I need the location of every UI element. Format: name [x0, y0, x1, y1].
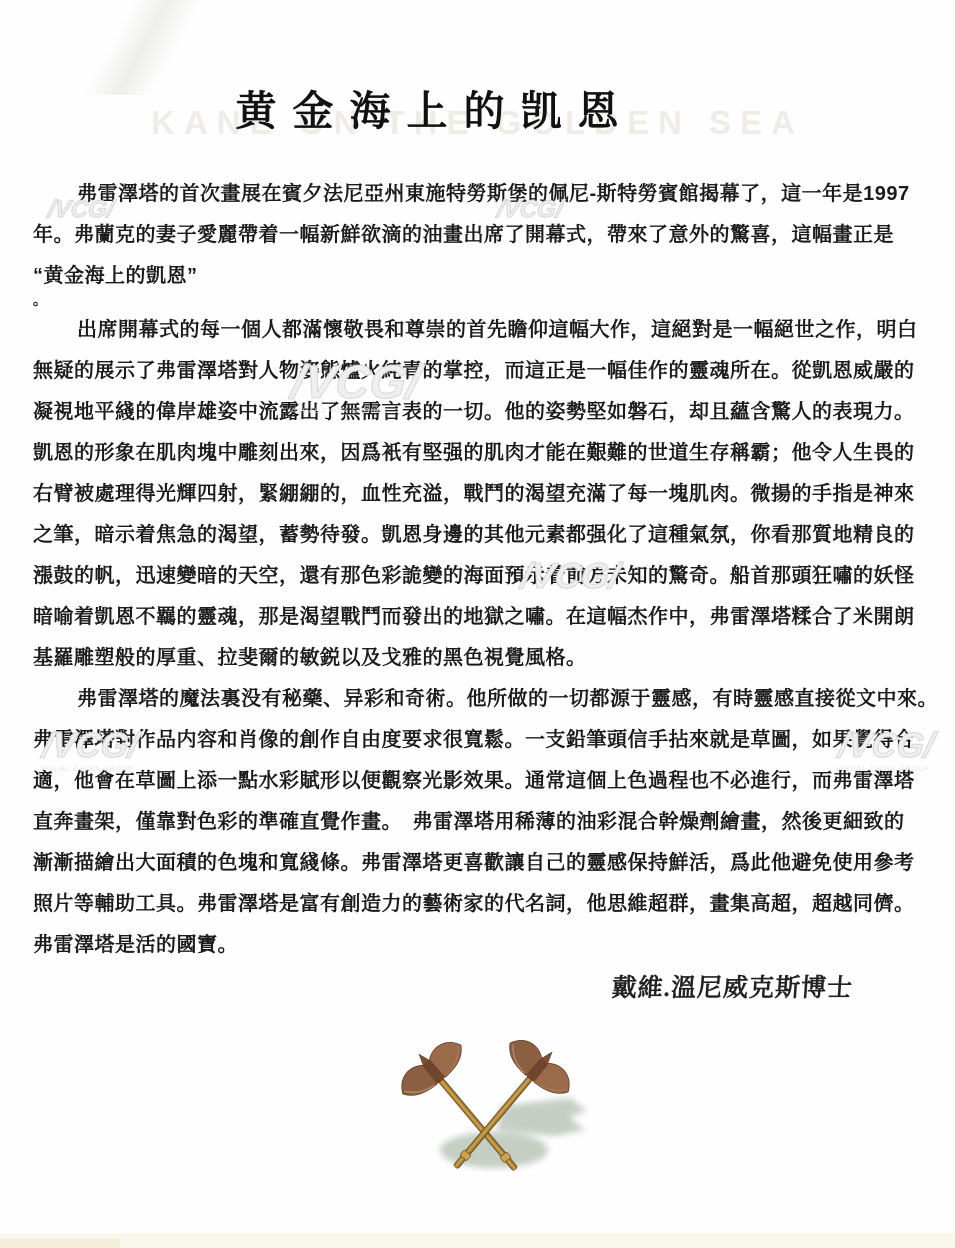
- body-text-line: 直奔畫架，僅靠對色彩的準確直覺作畫。 弗雷澤塔用稀薄的油彩混合幹燥劑繪畫，然後更…: [33, 802, 928, 843]
- body-text-line: 之筆，暗示着焦急的渴望，蓄勢待發。凱恩身邊的其他元素都强化了這種氣氛，你看那質地…: [33, 515, 928, 556]
- body-text-line: 弗雷澤塔對作品内容和肖像的創作自由度要求很寬鬆。一支鉛筆頭信手拈來就是草圖，如果…: [33, 720, 928, 761]
- body-text-line: 弗雷澤塔的魔法裏没有秘藥、异彩和奇術。他所做的一切都源于靈感，有時靈感直接從文中…: [33, 679, 928, 720]
- wrapped-period-line: 。: [33, 297, 928, 310]
- article-body: 弗雷澤塔的首次畫展在賓夕法尼亞州東施特勞斯堡的佩尼-斯特勞賓館揭幕了，這一年是1…: [33, 174, 928, 966]
- body-text-line: “黄金海上的凱恩”: [33, 256, 928, 297]
- body-text-line: 右臂被處理得光輝四射，緊綳綳的，血性充溢，戰鬥的渴望充滿了每一塊肌肉。微揚的手指…: [33, 474, 928, 515]
- body-text-line: 暗喻着凱恩不羈的靈魂，那是渴望戰鬥而發出的地獄之嘯。在這幅杰作中，弗雷澤塔糅合了…: [33, 597, 928, 638]
- page-title: 黄金海上的凯恩: [0, 78, 870, 137]
- body-text-line: 凱恩的形象在肌肉塊中雕刻出來，因爲衹有堅强的肌肉才能在艱難的世道生存稱霸；他令人…: [33, 433, 928, 474]
- crossed-axes-icon: [382, 1038, 592, 1193]
- scanned-document-page: KANE ON THE GOLDEN SEA 黄金海上的凯恩 弗雷澤塔的首次畫展…: [0, 0, 955, 1248]
- body-text-line: 照片等輔助工具。弗雷澤塔是富有創造力的藝術家的代名詞，他思維超群，畫集高超，超越…: [33, 884, 928, 925]
- body-text-line: 年。弗蘭克的妻子愛麗帶着一幅新鮮欲滴的油畫出席了開幕式，帶來了意外的驚喜，這幅畫…: [33, 215, 928, 256]
- body-text-line: 基羅雕塑般的厚重、拉斐爾的敏鋭以及戈雅的黑色視覺風格。: [33, 638, 928, 679]
- body-text-line: 無疑的展示了弗雷澤塔對人物姿態爐火純青的掌控，而這正是一幅佳作的靈魂所在。從凱恩…: [33, 351, 928, 392]
- body-text-line: 出席開幕式的每一個人都滿懷敬畏和尊崇的首先瞻仰這幅大作，這絕對是一幅絕世之作，明…: [33, 310, 928, 351]
- scan-edge-smudge: [0, 1239, 120, 1248]
- body-text-line: 漸漸描繪出大面積的色塊和寬綫條。弗雷澤塔更喜歡讓自己的靈感保持鮮活，爲此他避免使…: [33, 843, 928, 884]
- body-text-line: 漲鼓的帆，迅速變暗的天空，還有那色彩詭變的海面預示着前方未知的驚奇。船首那頭狂嘯…: [33, 556, 928, 597]
- body-text-line: 凝視地平綫的偉岸雄姿中流露出了無需言表的一切。他的姿勢堅如磐石，却且蘊含驚人的表…: [33, 392, 928, 433]
- body-text-line: 弗雷澤塔是活的國寶。: [33, 925, 928, 966]
- author-signature: 戴維.溫尼威克斯博士: [611, 968, 855, 1004]
- body-text-line: 弗雷澤塔的首次畫展在賓夕法尼亞州東施特勞斯堡的佩尼-斯特勞賓館揭幕了，這一年是1…: [33, 174, 928, 215]
- scan-edge-band: [0, 1233, 955, 1248]
- body-text-line: 適，他會在草圖上添一點水彩賦形以便觀察光影效果。通常這個上色過程也不必進行，而弗…: [33, 761, 928, 802]
